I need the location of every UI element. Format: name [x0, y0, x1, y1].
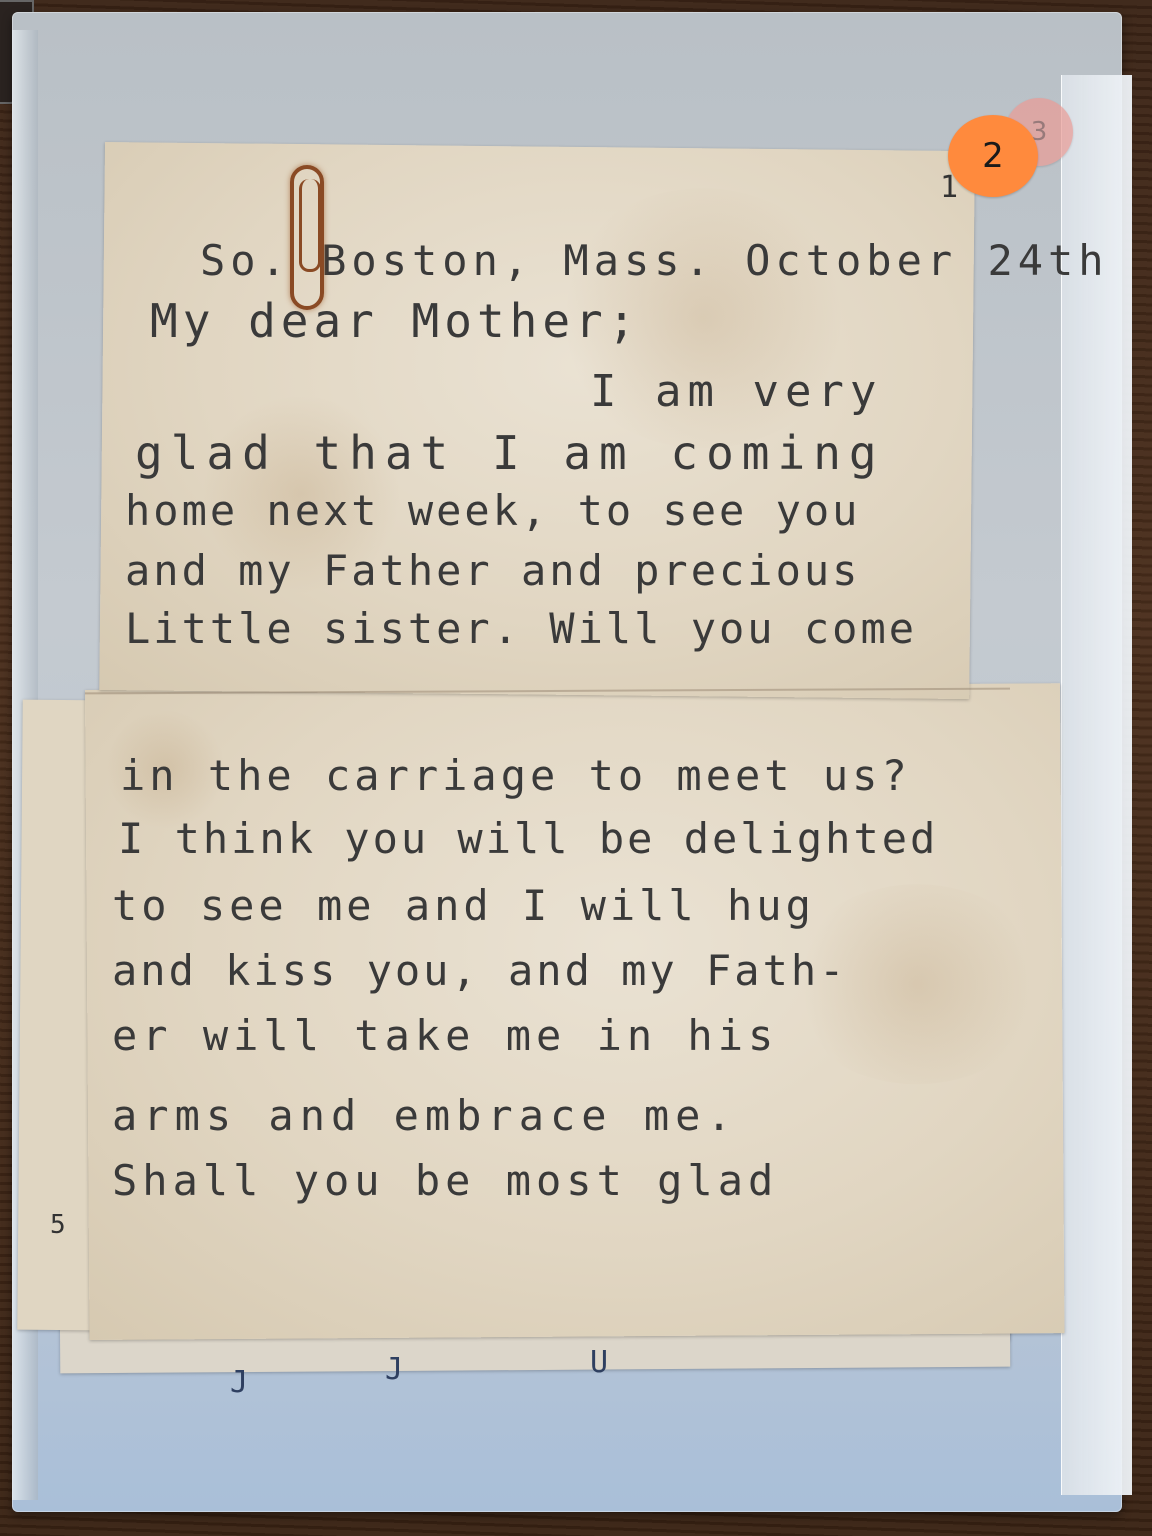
letter-line: in the carriage to meet us?	[120, 755, 911, 797]
sticker-number-2: 2	[948, 115, 1038, 197]
sleeve-stack-edge	[1061, 75, 1132, 1495]
side-page-number: 5	[50, 1210, 66, 1240]
letter-line: and kiss you, and my Fath-	[112, 950, 847, 992]
letter-line: er will take me in his	[112, 1015, 778, 1057]
underlying-ink-mark: J	[230, 1365, 248, 1400]
letter-line: to see me and I will hug	[112, 885, 815, 927]
letter-line: glad that I am coming	[135, 430, 885, 476]
rusty-paperclip	[290, 165, 324, 310]
letter-salutation: My dear Mother;	[150, 298, 640, 344]
letter-heading: So. Boston, Mass. October 24th	[200, 240, 1109, 282]
letter-line: Little sister. Will you come	[125, 608, 917, 650]
letter-line: I am very	[590, 370, 882, 414]
underlying-ink-mark: J	[385, 1352, 403, 1387]
letter-line: arms and embrace me.	[112, 1095, 738, 1137]
letter-line: I think you will be delighted	[118, 818, 938, 860]
letter-line: home next week, to see you	[125, 490, 860, 532]
underlying-ink-mark: U	[590, 1345, 608, 1380]
letter-line: Shall you be most glad	[112, 1160, 778, 1202]
letter-line: and my Father and precious	[125, 550, 860, 592]
